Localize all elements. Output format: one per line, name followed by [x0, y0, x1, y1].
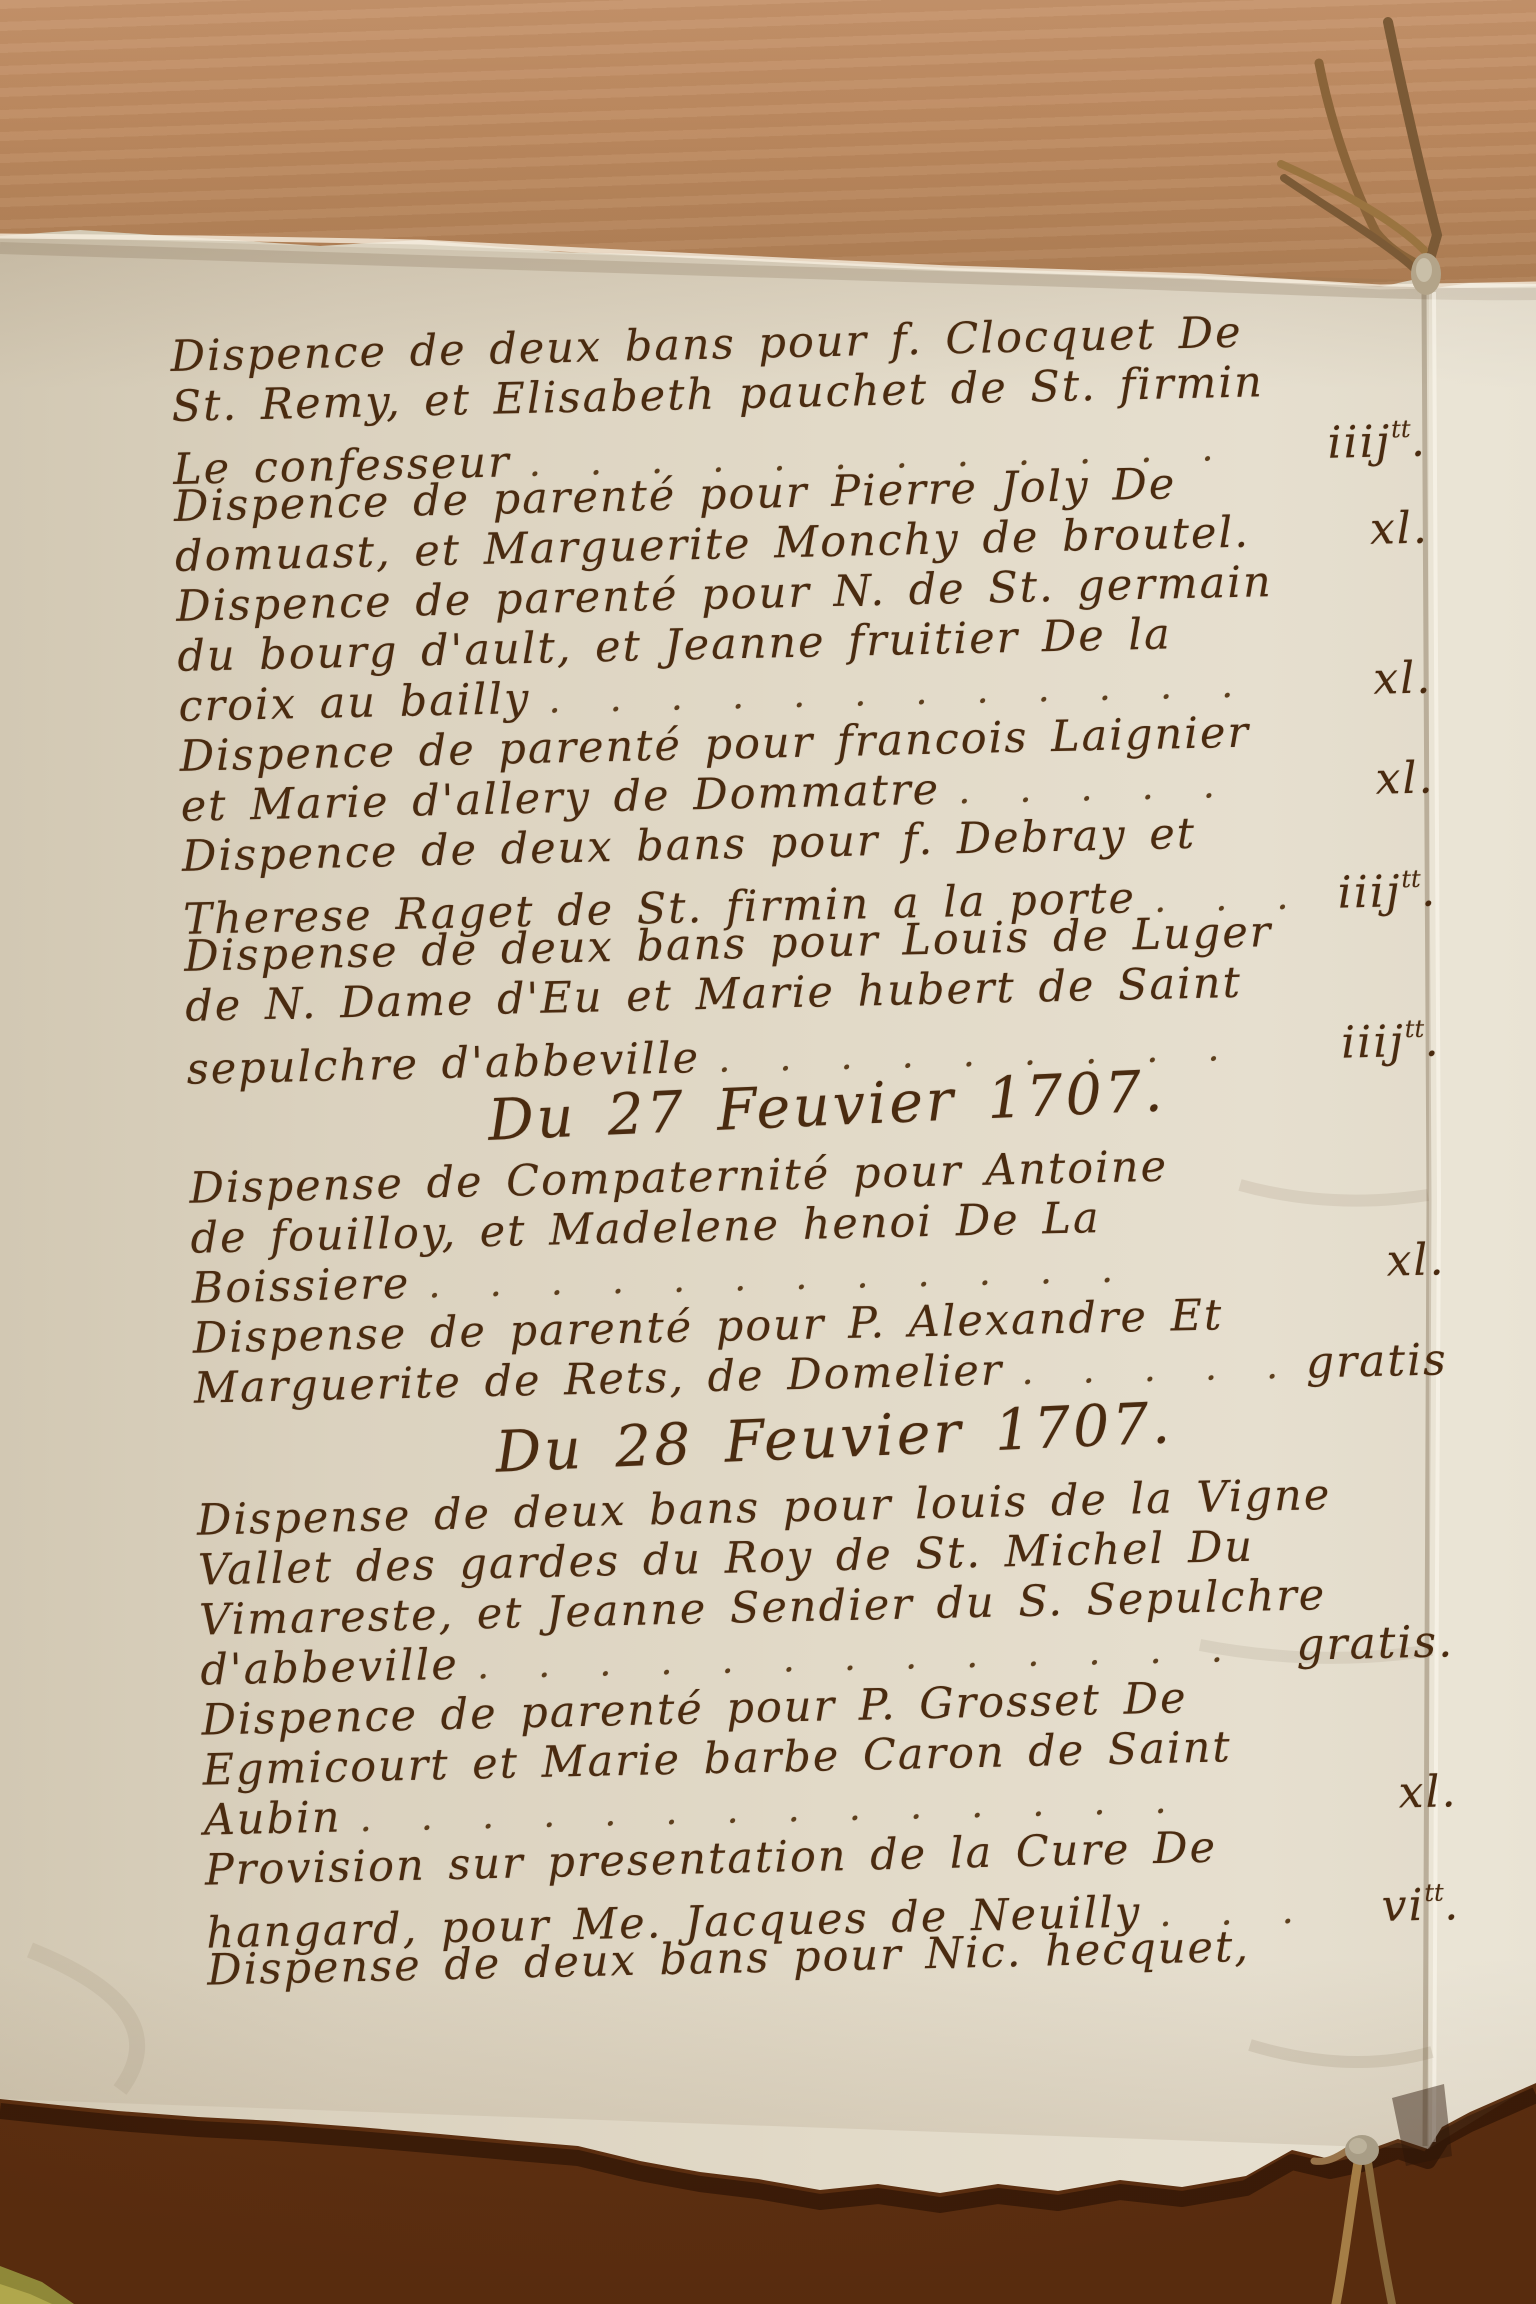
photograph-of-manuscript: Dispence de deux bans pour f. Clocquet D…	[0, 0, 1536, 2304]
entry-text: Aubin	[203, 1792, 342, 1845]
fee-amount: xl.	[1373, 653, 1437, 704]
fee-unit-superscript: tt	[1404, 1015, 1424, 1043]
fee-unit-superscript: tt	[1401, 865, 1421, 893]
fee-unit-superscript: tt	[1391, 415, 1411, 443]
manuscript-text: Dispence de deux bans pour f. Clocquet D…	[170, 303, 1465, 1995]
entry-text: Boissiere	[191, 1259, 411, 1314]
entry-text: d'abbeville	[200, 1640, 460, 1696]
entry-text: croix au bailly	[178, 674, 531, 732]
fee-amount: xl.	[1375, 753, 1439, 804]
fee-amount: gratis.	[1296, 1617, 1459, 1671]
fee-amount: xl.	[1369, 503, 1433, 554]
fee-amount: xl.	[1398, 1767, 1462, 1818]
fee-amount: xl.	[1386, 1235, 1450, 1286]
fee-unit-superscript: tt	[1424, 1879, 1444, 1907]
twine-top	[1281, 22, 1441, 295]
